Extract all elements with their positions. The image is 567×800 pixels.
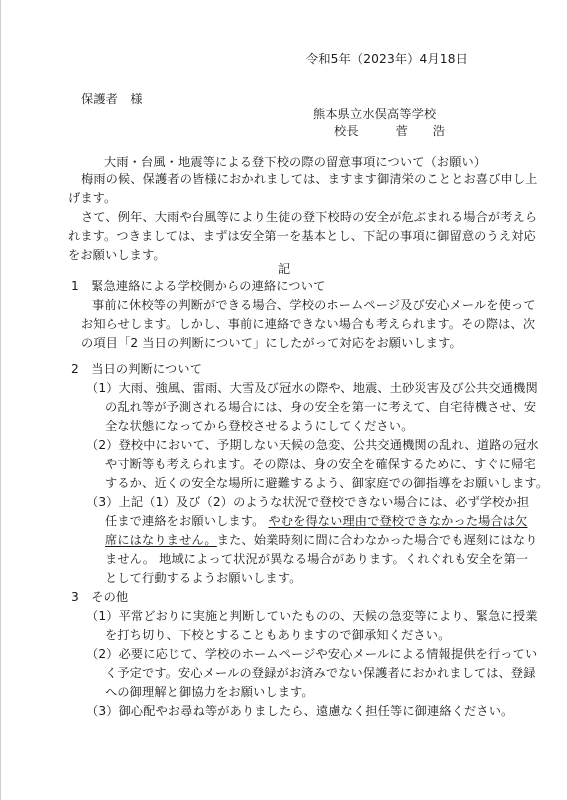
intro-text: さて、例年、大雨や台風等により生徒の登下校時の安全が危ぶまれる場合が考えら xyxy=(81,210,537,225)
underlined-notice: 席にはなりません。 xyxy=(105,533,217,547)
section-2-item-3: 任まで連絡をお願いします。 やむを得ない理由で登校できなかった場合は欠 xyxy=(105,514,528,529)
section-2-item-2: するか、近くの安全な場所に避難するよう、御家庭での御指導をお願いします。 xyxy=(105,476,548,491)
section-2-item-2: や寸断等も考えられます。その際は、身の安全を確保するために、すぐに帰宅 xyxy=(105,457,536,472)
intro-text: をお願いします。 xyxy=(68,248,166,263)
section-3-item-2: く予定です。安心メールの登録がお済みでない保護者におかれましては、登録 xyxy=(105,666,536,681)
section-2-item-1: （1）大雨、強風、雷雨、大雪及び冠水の際や、地震、土砂災害及び公共交通機関 xyxy=(86,381,538,396)
section-2-item-1: の乱れ等が予測される場合には、身の安全を第一に考えて、自宅待機させ、安 xyxy=(105,400,536,415)
section-3-item-1: を打ち切り、下校とすることもありますので御承知ください。 xyxy=(105,628,450,643)
document-page: 令和5年（2023年）4月18日 保護者 様 熊本県立水俣高等学校 校長 菅 浩… xyxy=(0,0,567,800)
section-3-item-2: への御理解と御協力をお願いします。 xyxy=(105,685,314,700)
sender-organization: 熊本県立水俣高等学校 xyxy=(313,107,436,122)
sender-name: 校長 菅 浩 xyxy=(334,124,445,139)
section-heading-2: 2 当日の判断について xyxy=(71,362,202,377)
section-3-item-3: （3）御心配やお尋ね等がありましたら、遠慮なく担任等に御連絡ください。 xyxy=(86,704,513,719)
item-3-text: また、始業時刻に間に合わなかった場合でも遅刻にはなり xyxy=(217,533,538,547)
section-heading-3: 3 その他 xyxy=(71,590,128,605)
section-3-item-1: （1）平常どおりに実施と判断していたものの、天候の急変等により、緊急に授業 xyxy=(86,609,538,624)
ki-heading: 記 xyxy=(278,262,290,277)
document-title: 大雨・台風・地震等による登下校の際の留意事項について（お願い） xyxy=(104,155,486,170)
section-heading-1: 1 緊急連絡による学校側からの連絡について xyxy=(71,279,325,294)
document-date: 令和5年（2023年）4月18日 xyxy=(306,52,468,67)
section-2-item-3: （3）上記（1）及び（2）のような状況で登校できない場合には、必ず学校か担 xyxy=(86,495,529,510)
section-2-item-3: ません。 地域によって状況が異なる場合があります。くれぐれも安全を第一 xyxy=(105,552,528,567)
item-3-text: 任まで連絡をお願いします。 xyxy=(105,514,268,528)
section-2-item-1: 全な状態になってから登校させるようにしてください。 xyxy=(105,419,413,434)
section-1-text: お知らせします。しかし、事前に連絡できない場合も考えられます。その際は、次 xyxy=(81,317,535,332)
section-2-item-3: 席にはなりません。また、始業時刻に間に合わなかった場合でも遅刻にはなり xyxy=(105,533,538,548)
underlined-notice: やむを得ない理由で登校できなかった場合は欠 xyxy=(268,514,527,528)
section-1-text: の項目「2 当日の判断について」にしたがって対応をお願いします。 xyxy=(81,336,462,351)
section-2-item-3: として行動するようお願いします。 xyxy=(105,571,301,586)
section-3-item-2: （2）必要に応じて、学校のホームページや安心メールによる情報提供を行ってい xyxy=(86,647,537,662)
intro-text: れます。つきましては、まずは安全第一を基本とし、下記の事項に御留意のうえ対応 xyxy=(68,229,536,244)
intro-text: 梅雨の候、保護者の皆様におかれましては、ますます御清栄のこととお喜び申し上 xyxy=(81,172,538,187)
intro-text: げます。 xyxy=(68,191,116,206)
recipient: 保護者 様 xyxy=(81,92,143,107)
section-1-text: 事前に休校等の判断ができる場合、学校のホームページ及び安心メールを使って xyxy=(92,298,536,313)
section-2-item-2: （2）登校中において、予期しない天候の急変、公共交通機関の乱れ、道路の冠水 xyxy=(86,438,539,453)
